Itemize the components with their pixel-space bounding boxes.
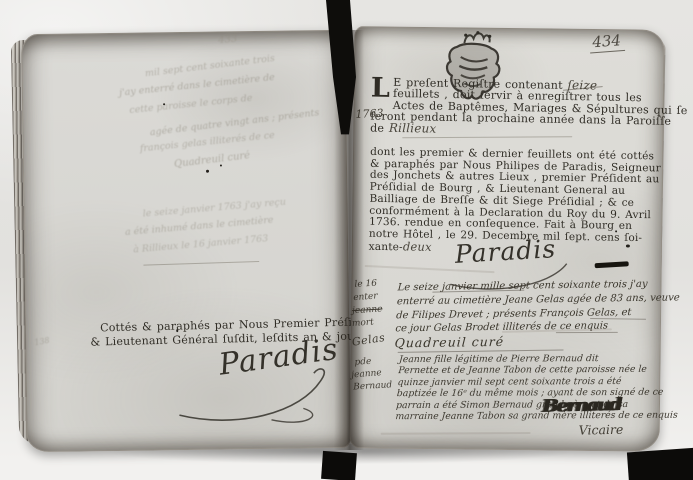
ghost-line: cette paroisse le corps de: [129, 93, 253, 116]
ghost-folio-number: 433: [218, 34, 238, 47]
baptism-entry: Jeanne fille légitime de Pierre Bernaud …: [395, 353, 682, 423]
ghost-line: Quadreuil curé: [173, 150, 250, 170]
manuscript-paroisse: Rillieux: [389, 120, 437, 135]
register-notice: LE preſent Regiſtre contenant ſeize feui…: [370, 77, 672, 139]
signature-flourish: [173, 363, 344, 427]
ink-speck: [163, 103, 165, 105]
right-page: 434 LE preſent Regiſtre contenant ſeize …: [349, 26, 664, 452]
ink-speck: [626, 244, 630, 247]
entry-line: marraine Jeanne Tabon sa grand mère illi…: [395, 410, 678, 423]
ghost-underline-stroke: [143, 261, 259, 266]
black-patch-bottom-center: [321, 451, 357, 480]
ink-speck: [615, 230, 617, 232]
manuscript-underline: [402, 136, 572, 138]
entry-line: baptizée le 16ᵉ du même mois ; ayant de …: [396, 387, 679, 400]
signature-vicaire-scrawl: Bernaud: [542, 395, 620, 417]
left-page: 433 mil sept cent soixante trois j'ay en…: [21, 30, 351, 452]
ink-speck: [176, 329, 178, 332]
ink-blot-dash: [595, 261, 629, 268]
burial-entry: Le seize janvier mille sept cent soixant…: [394, 277, 681, 350]
ink-speck: [220, 164, 222, 166]
entry-signature-cure: Quadreuil curé: [394, 333, 678, 351]
ghost-line: à Rillieux le 16 janvier 1763: [133, 233, 269, 255]
folio-number: 434: [589, 31, 625, 54]
manuscript-year-suffix: deux: [403, 239, 432, 253]
entry-line: Pernette et de Jeanne Tabon de cette par…: [398, 364, 681, 377]
dropcap-L: L: [371, 77, 391, 100]
vicaire-title: Vicaire: [579, 422, 624, 438]
black-patch-bottom-right: [627, 448, 693, 480]
bleedthrough-stroke: [381, 432, 531, 435]
ink-speck: [206, 170, 209, 173]
margin-scribble: 138: [34, 336, 51, 348]
photo-backdrop: 433 mil sept cent soixante trois j'ay en…: [0, 0, 693, 480]
